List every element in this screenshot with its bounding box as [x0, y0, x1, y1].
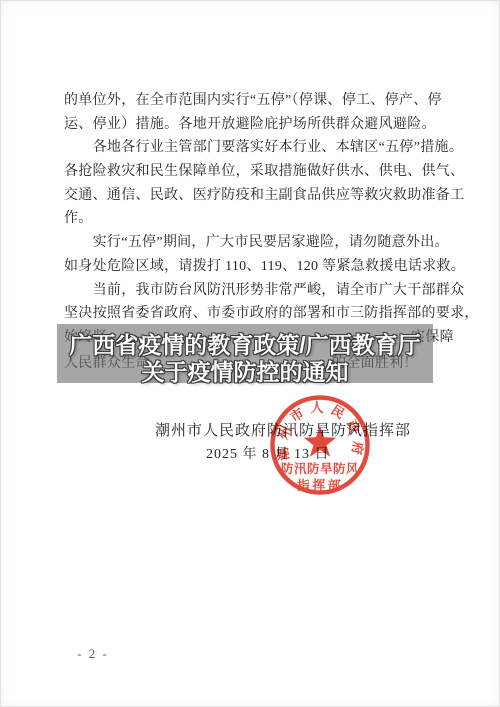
document-text-line: 如身处危险区域，请拨打 110、119、120 等紧急救援电话求救。: [64, 255, 466, 279]
document-text-line: 各地各行业主管部门要落实好本行业、本辖区“五停”措施。: [64, 136, 466, 160]
red-star-icon: [304, 426, 336, 457]
page-number: - 2 -: [73, 646, 113, 662]
document-text-line: 的单位外，在全市范围内实行“五停”（停课、停工、停产、停: [64, 89, 466, 113]
document-body: 的单位外，在全市范围内实行“五停”（停课、停工、停产、停运、停业）措施。各地开放…: [64, 89, 466, 326]
document-text-line: 各抢险救灾和民生保障单位，采取措施做好供水、供电、供气、: [64, 160, 466, 184]
document-text-line: 坚决按照省委省政府、市委市政府的部署和市三防指挥部的要求，: [64, 302, 466, 326]
document-text-line: 作。: [64, 207, 466, 231]
document-page: 的单位外，在全市范围内实行“五停”（停课、停工、停产、停运、停业）措施。各地开放…: [0, 0, 500, 707]
seal-center-line1: 防汛防旱防风: [281, 461, 359, 476]
document-text-line: 当前，我市防台风防汛形势非常严峻，请全市广大干部群众: [64, 279, 466, 303]
document-text-line: 运、停业）措施。各地开放避险庇护场所供群众避风避险。: [64, 113, 466, 137]
document-text-line: 实行“五停”期间，广大市民要居家避险，请勿随意外出。: [64, 231, 466, 255]
official-seal: 潮州市人民政府 防汛防旱防风 指挥部: [265, 390, 375, 500]
overlay-title-banner: 广西省疫情的教育政策/广西教育厅 关于疫情防控的通知: [57, 324, 433, 383]
banner-title-line2: 关于疫情防控的通知: [57, 354, 433, 387]
seal-center-line2: 指挥部: [296, 478, 344, 493]
document-text-line: 交通、通信、民政、医疗防疫和主副食品供应等救灾救助准备工: [64, 184, 466, 208]
